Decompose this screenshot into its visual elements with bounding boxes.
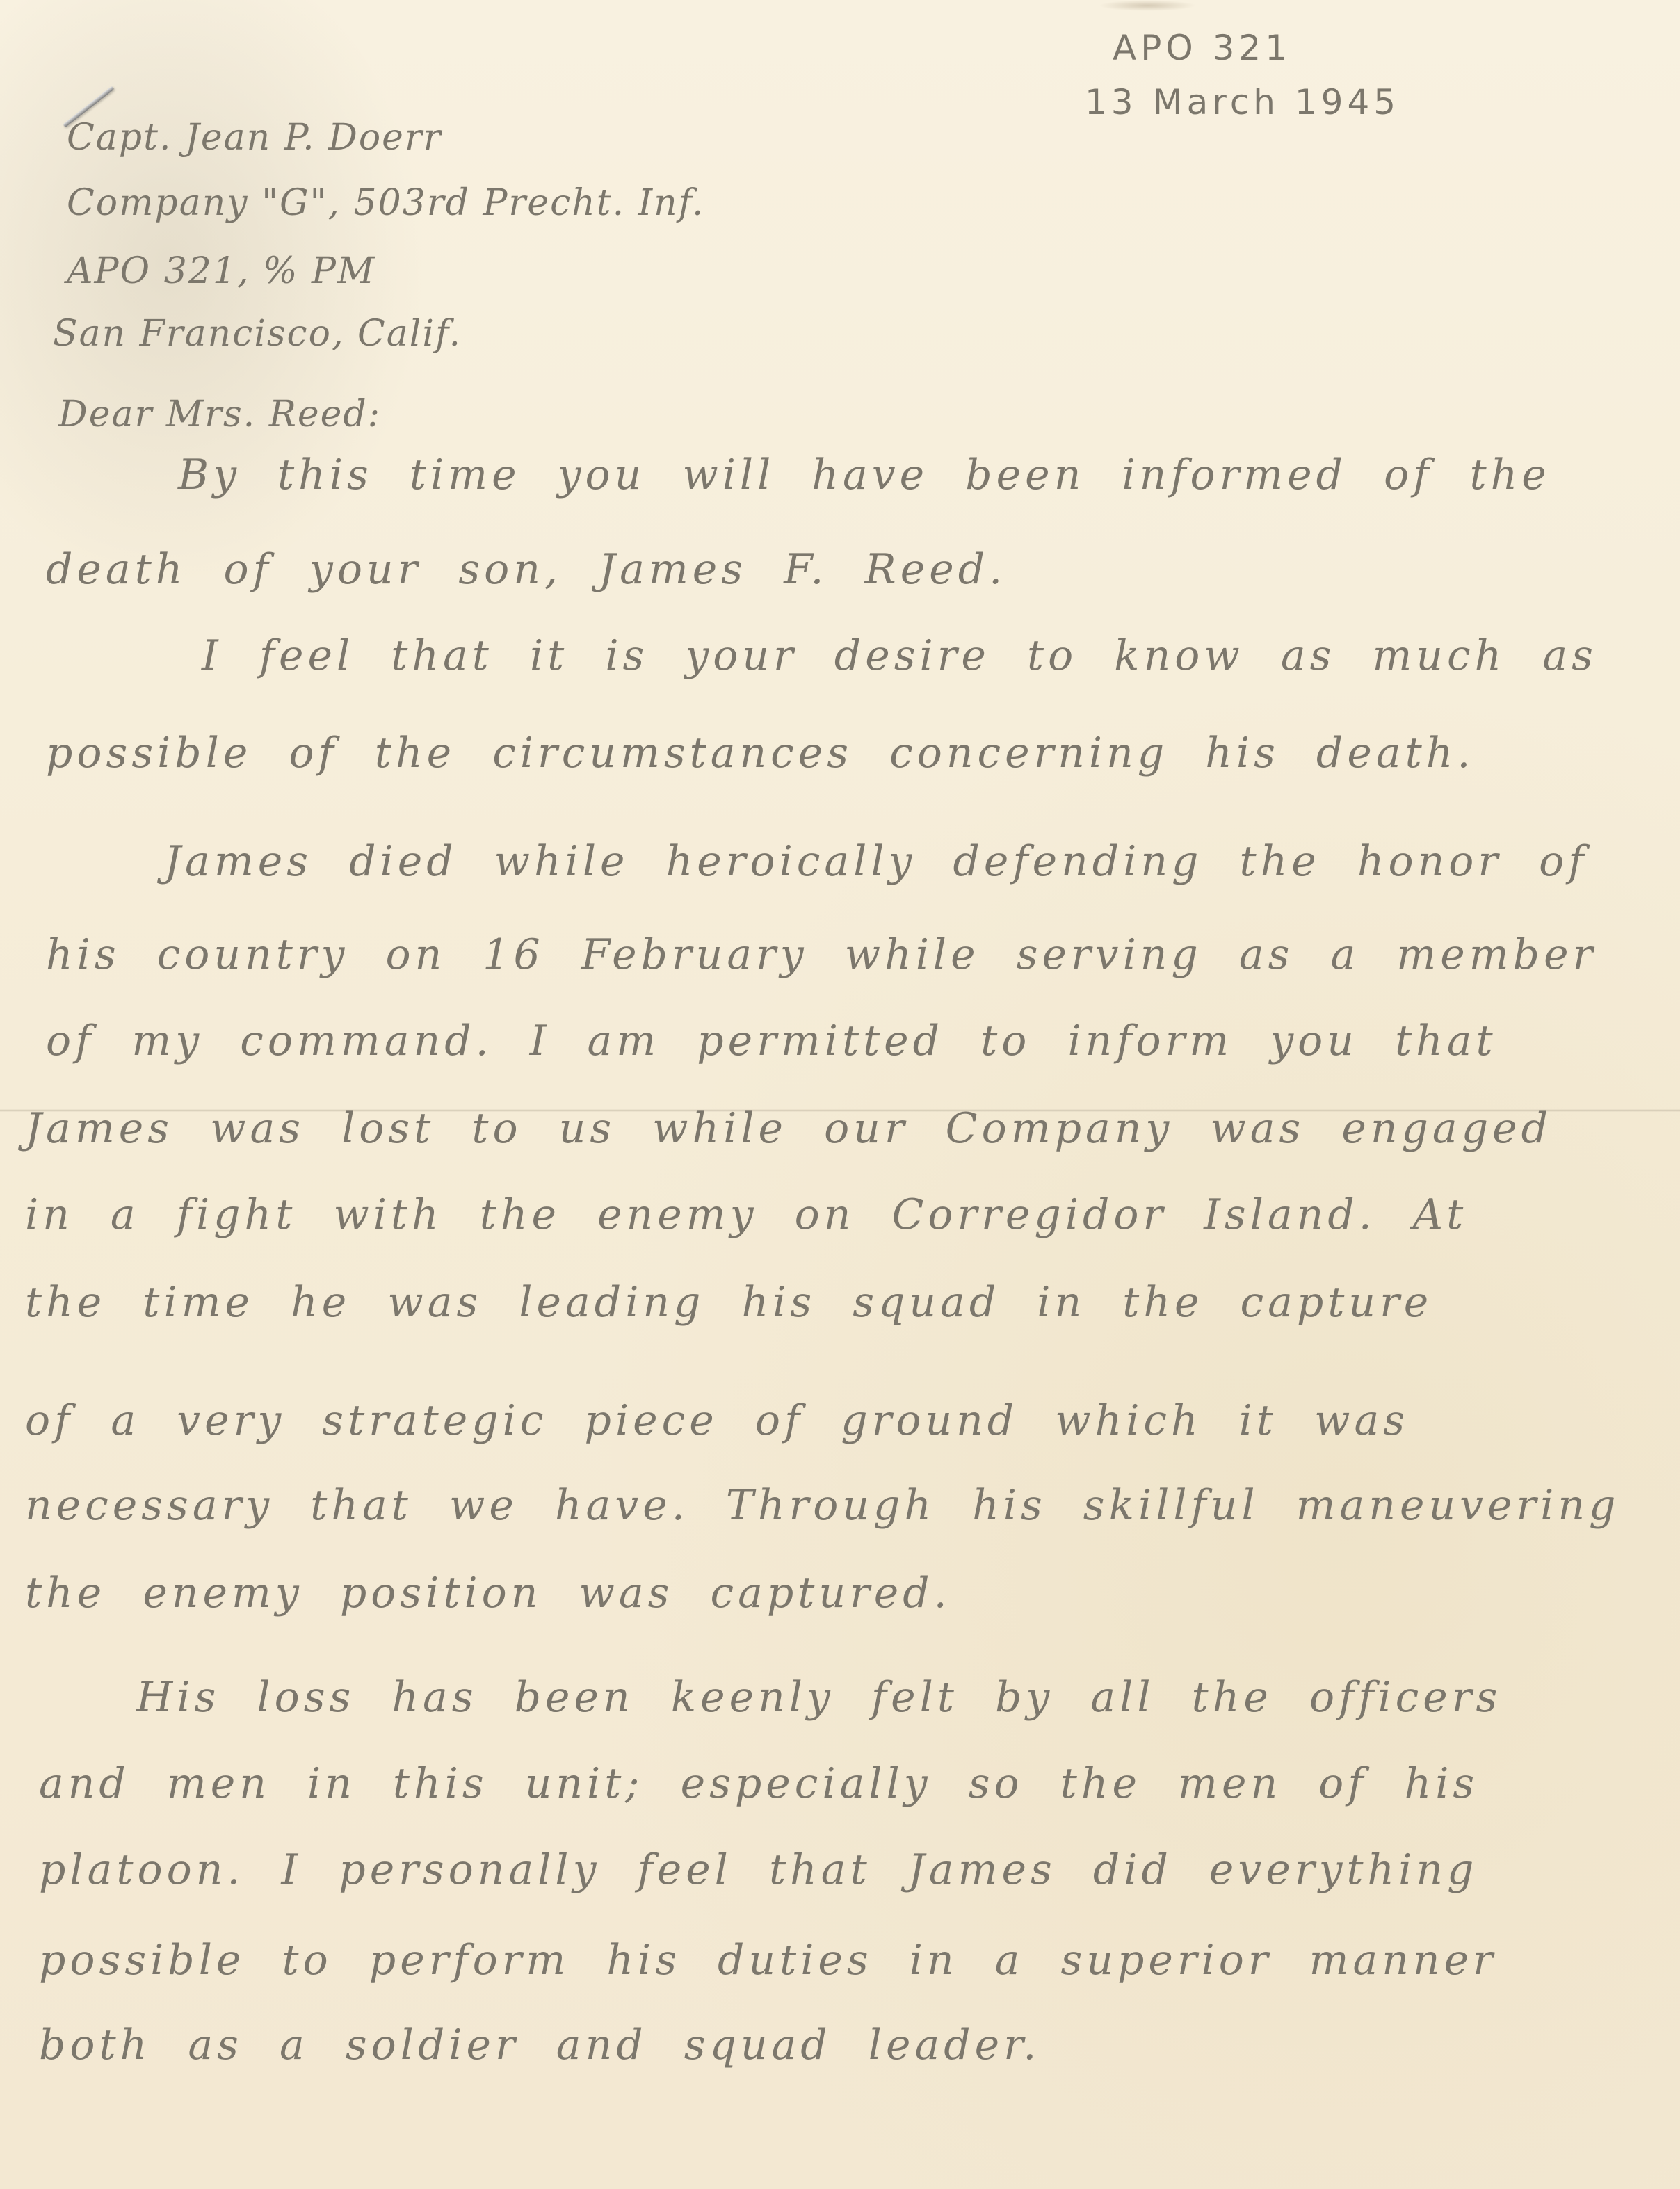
letter-line: the enemy position was captured. — [25, 1569, 951, 1617]
return-address-apo: APO 321, % PM — [67, 250, 375, 292]
return-address-unit: Company "G", 503rd Precht. Inf. — [67, 182, 705, 224]
letter-line: His loss has been keenly felt by all the… — [136, 1673, 1501, 1722]
header-date: 13 March 1945 — [1085, 82, 1400, 122]
letter-line: James died while heroically defending th… — [164, 837, 1588, 886]
return-address-name: Capt. Jean P. Doerr — [67, 117, 442, 159]
letter-page: APO 321 13 March 1945 Capt. Jean P. Doer… — [0, 0, 1680, 2189]
letter-line: I feel that it is your desire to know as… — [202, 631, 1597, 680]
salutation: Dear Mrs. Reed: — [58, 394, 381, 435]
paper-crease — [1099, 0, 1196, 11]
letter-line: both as a soldier and squad leader. — [39, 2021, 1040, 2069]
letter-line: death of your son, James F. Reed. — [46, 545, 1006, 594]
letter-line: and men in this unit; especially so the … — [39, 1759, 1478, 1808]
letter-line: in a fight with the enemy on Corregidor … — [25, 1190, 1467, 1239]
letter-line: platoon. I personally feel that James di… — [39, 1845, 1478, 1894]
header-apo: APO 321 — [1113, 28, 1291, 68]
return-address-city: San Francisco, Calif. — [53, 313, 462, 355]
letter-line: By this time you will have been informed… — [178, 451, 1551, 499]
letter-line: of my command. I am permitted to inform … — [46, 1017, 1497, 1065]
letter-line: possible of the circumstances concerning… — [46, 729, 1474, 777]
letter-line: possible to perform his duties in a supe… — [39, 1936, 1497, 1985]
letter-line: the time he was leading his squad in the… — [25, 1278, 1432, 1327]
letter-line: of a very strategic piece of ground whic… — [25, 1396, 1409, 1445]
letter-line: James was lost to us while our Company w… — [25, 1104, 1552, 1153]
letter-line: his country on 16 February while serving… — [46, 930, 1597, 979]
letter-line: necessary that we have. Through his skil… — [25, 1481, 1620, 1530]
